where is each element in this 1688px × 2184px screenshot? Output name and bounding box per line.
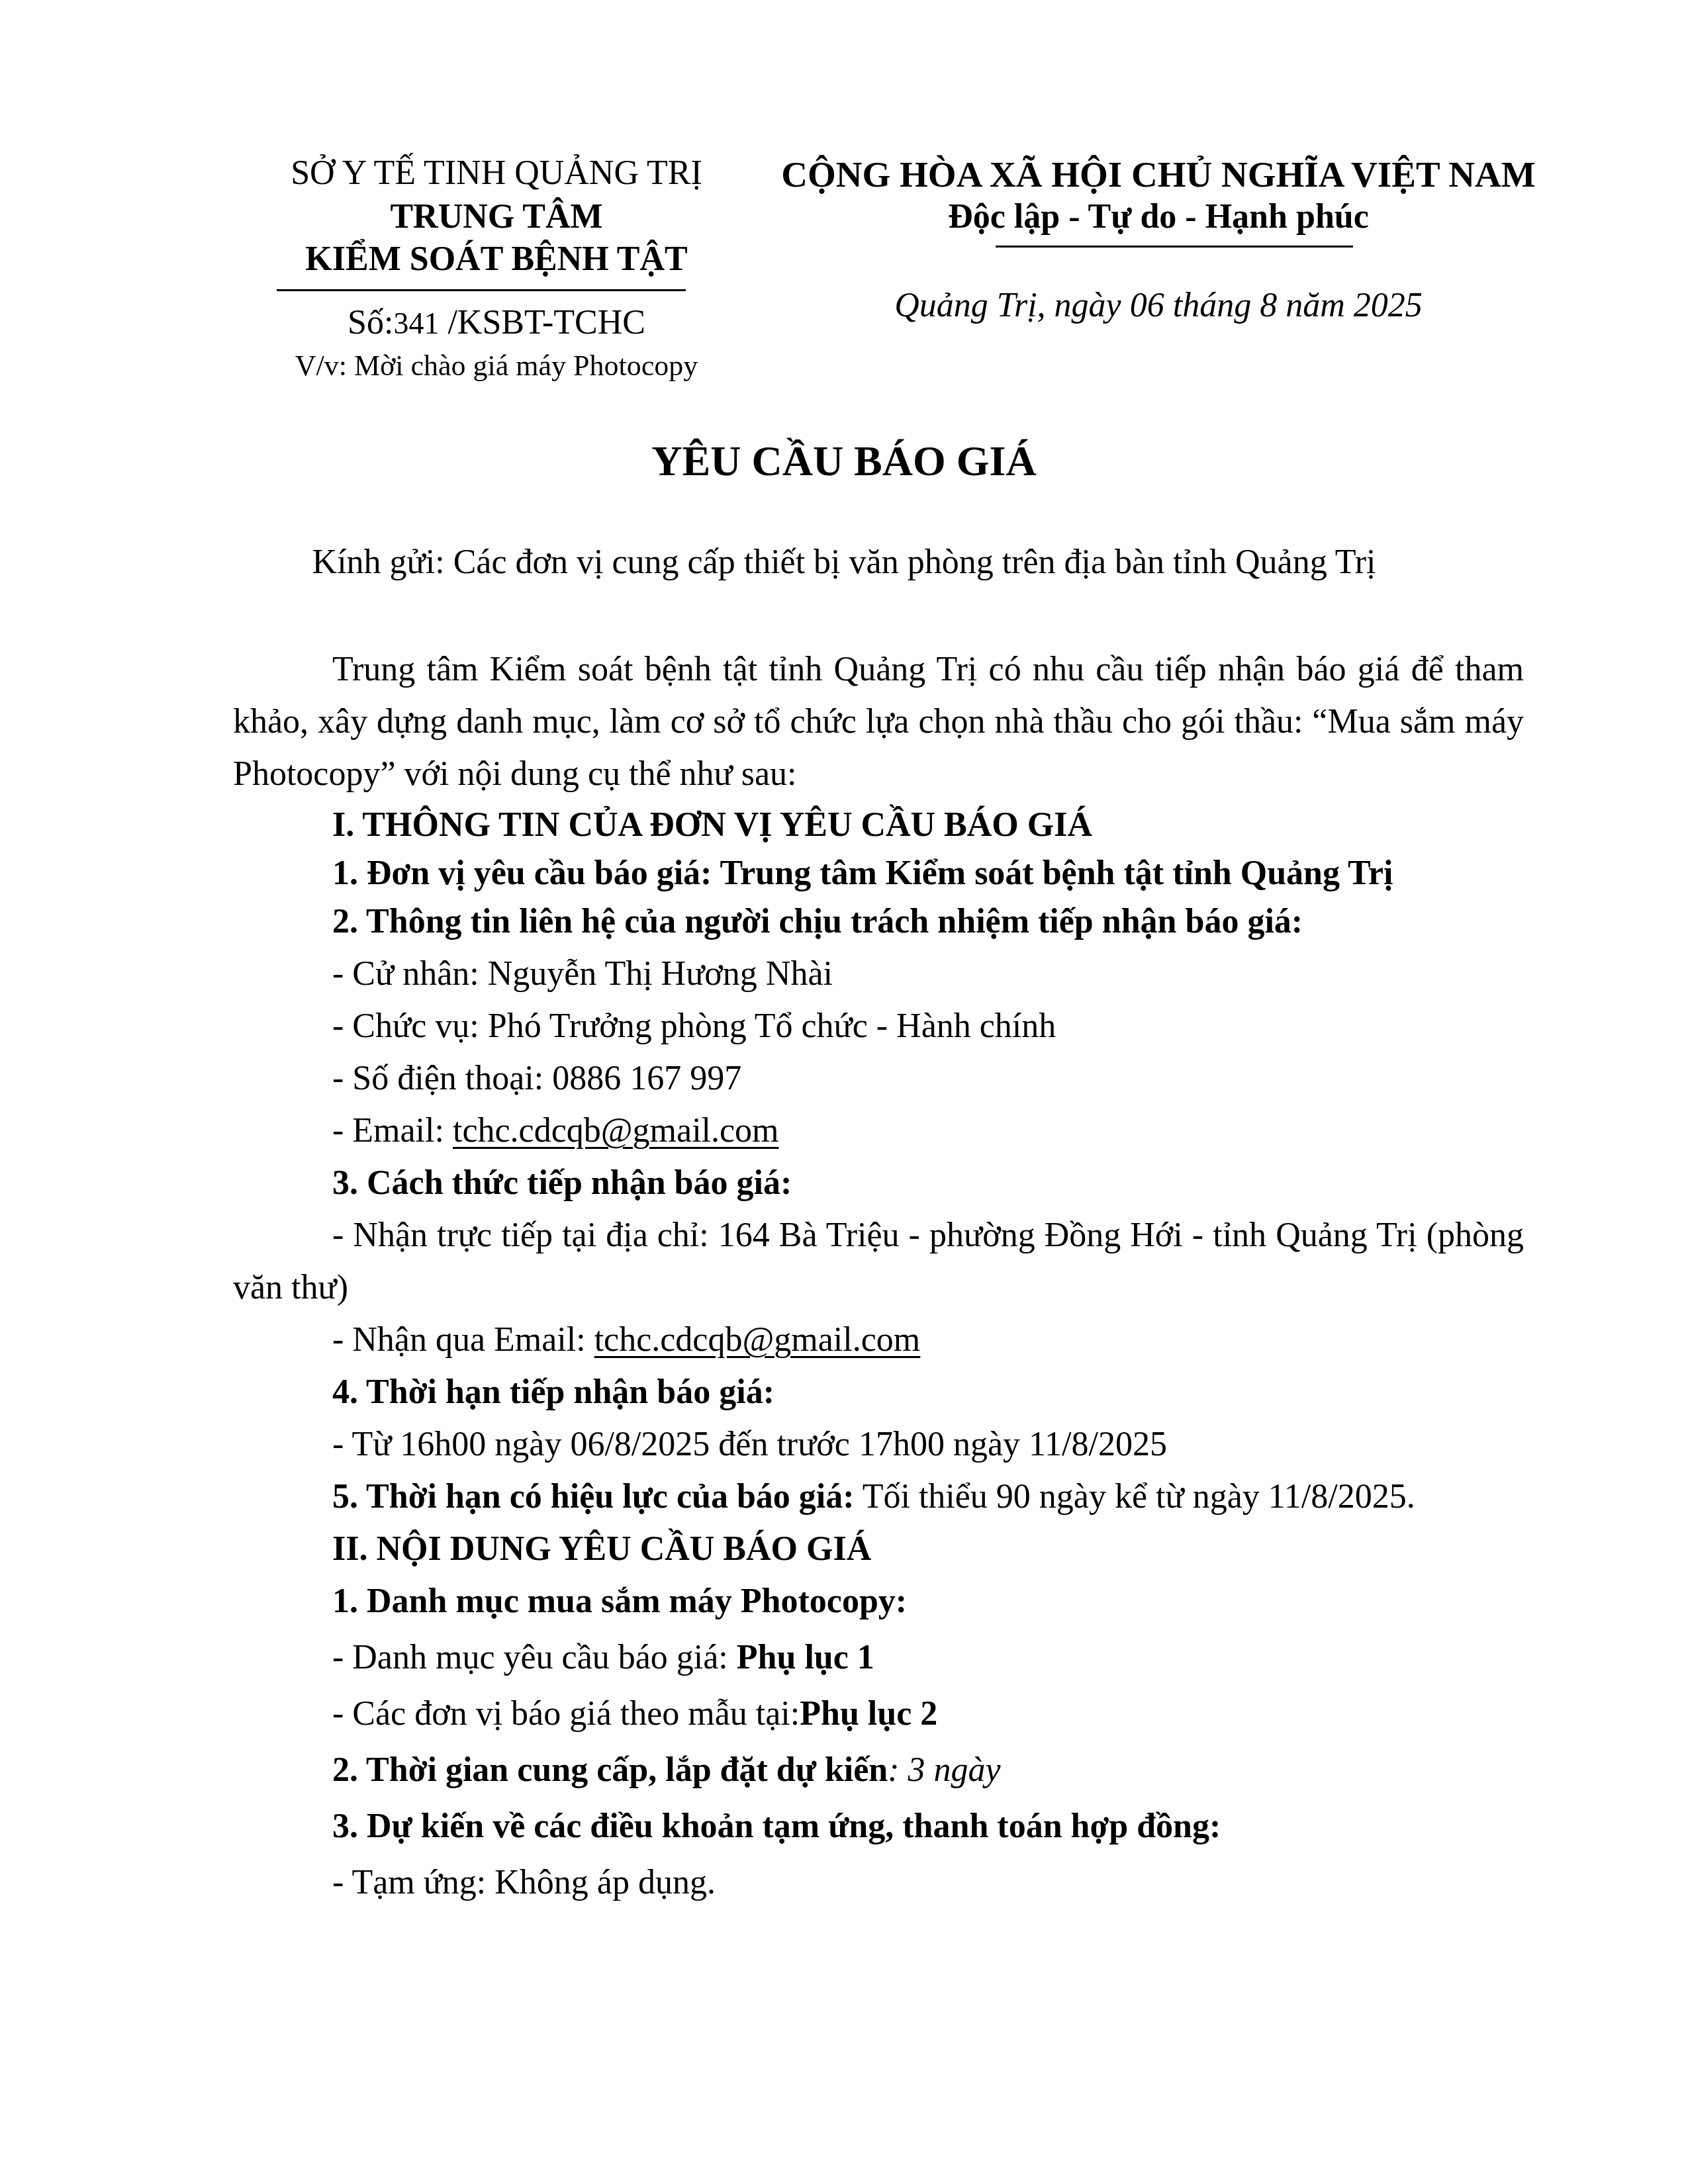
number-prefix: Số: (348, 304, 393, 341)
contact-position: - Chức vụ: Phó Trưởng phòng Tổ chức - Hà… (233, 1000, 1524, 1052)
form-reference: - Các đơn vị báo giá theo mẫu tại:Phụ lụ… (233, 1688, 1524, 1740)
contact-phone-value: 0886 167 997 (552, 1060, 741, 1097)
contact-position-label: - Chức vụ: (332, 1007, 488, 1045)
deadline: - Từ 16h00 ngày 06/8/2025 đến trước 17h0… (233, 1418, 1524, 1471)
document-subject: V/v: Mời chào giá máy Photocopy (232, 349, 761, 383)
place-date: Quảng Trị, ngày 06 tháng 8 năm 2025 (761, 286, 1556, 325)
contact-email: - Email: tchc.cdcqb@gmail.com (233, 1105, 1524, 1157)
agency-name: SỞ Y TẾ TINH QUẢNG TRỊ (232, 154, 761, 193)
contact-phone: - Số điện thoại: 0886 167 997 (233, 1052, 1524, 1105)
intro-paragraph: Trung tâm Kiểm soát bệnh tật tỉnh Quảng … (233, 643, 1524, 800)
receive-email-link[interactable]: tchc.cdcqb@gmail.com (594, 1321, 921, 1359)
advance-payment: - Tạm ứng: Không áp dụng. (233, 1856, 1524, 1909)
item2-label: 2. Thời gian cung cấp, lắp đặt dự kiến (332, 1751, 888, 1789)
item2-value: : 3 ngày (888, 1751, 1000, 1789)
recipient-line: Kính gửi: Các đơn vị cung cấp thiết bị v… (0, 543, 1688, 582)
s1-item-5: 5. Thời hạn có hiệu lực của báo giá: Tối… (233, 1471, 1524, 1523)
appendix-1-ref: Phụ lục 1 (737, 1639, 874, 1676)
org-name-line1: TRUNG TÂM (232, 197, 761, 236)
s1-item-3: 3. Cách thức tiếp nhận báo giá: (233, 1157, 1524, 1209)
s1-item-2: 2. Thông tin liên hệ của người chịu trác… (233, 895, 1524, 948)
document-body: Trung tâm Kiểm soát bệnh tật tỉnh Quảng … (233, 643, 1524, 1909)
org-divider (277, 289, 686, 291)
national-title: CỘNG HÒA XÃ HỘI CHỦ NGHĨA VIỆT NAM (741, 154, 1575, 195)
section-2-heading: II. NỘI DUNG YÊU CẦU BÁO GIÁ (233, 1523, 1524, 1575)
receive-email: - Nhận qua Email: tchc.cdcqb@gmail.com (233, 1314, 1524, 1366)
s1-item-4: 4. Thời hạn tiếp nhận báo giá: (233, 1366, 1524, 1418)
motto-divider (996, 246, 1353, 248)
number-suffix: /KSBT-TCHC (439, 304, 645, 341)
list-label: - Danh mục yêu cầu báo giá: (332, 1639, 737, 1676)
appendix-2-ref: Phụ lục 2 (800, 1695, 937, 1733)
s2-item-1: 1. Danh mục mua sắm máy Photocopy: (233, 1575, 1524, 1627)
contact-email-link[interactable]: tchc.cdcqb@gmail.com (453, 1112, 779, 1150)
s2-item-2: 2. Thời gian cung cấp, lắp đặt dự kiến: … (233, 1744, 1524, 1796)
form-label: - Các đơn vị báo giá theo mẫu tại: (332, 1695, 800, 1733)
receive-direct: - Nhận trực tiếp tại địa chỉ: 164 Bà Tri… (233, 1209, 1524, 1314)
contact-position-value: Phó Trưởng phòng Tổ chức - Hành chính (488, 1007, 1056, 1045)
item5-value: Tối thiểu 90 ngày kể từ ngày 11/8/2025. (855, 1478, 1415, 1516)
number-value: 341 (393, 306, 439, 340)
contact-name-label: - Cử nhân: (332, 955, 488, 993)
section-1-heading: I. THÔNG TIN CỦA ĐƠN VỊ YÊU CẦU BÁO GIÁ (233, 799, 1524, 851)
contact-name-value: Nguyễn Thị Hương Nhài (488, 955, 833, 993)
national-motto: Độc lập - Tự do - Hạnh phúc (741, 197, 1575, 236)
contact-email-label: - Email: (332, 1112, 453, 1150)
catalog-reference: - Danh mục yêu cầu báo giá: Phụ lục 1 (233, 1631, 1524, 1684)
item5-label: 5. Thời hạn có hiệu lực của báo giá: (332, 1478, 855, 1516)
s1-item-1: 1. Đơn vị yêu cầu báo giá: Trung tâm Kiể… (233, 847, 1524, 899)
document-number: Số:341 /KSBT-TCHC (232, 303, 761, 342)
org-name-line2: KIỂM SOÁT BỆNH TẬT (232, 240, 761, 279)
document-title: YÊU CẦU BÁO GIÁ (0, 437, 1688, 486)
s2-item-3: 3. Dự kiến về các điều khoản tạm ứng, th… (233, 1800, 1524, 1852)
receive-email-label: - Nhận qua Email: (332, 1321, 594, 1359)
contact-name: - Cử nhân: Nguyễn Thị Hương Nhài (233, 948, 1524, 1000)
contact-phone-label: - Số điện thoại: (332, 1060, 552, 1097)
